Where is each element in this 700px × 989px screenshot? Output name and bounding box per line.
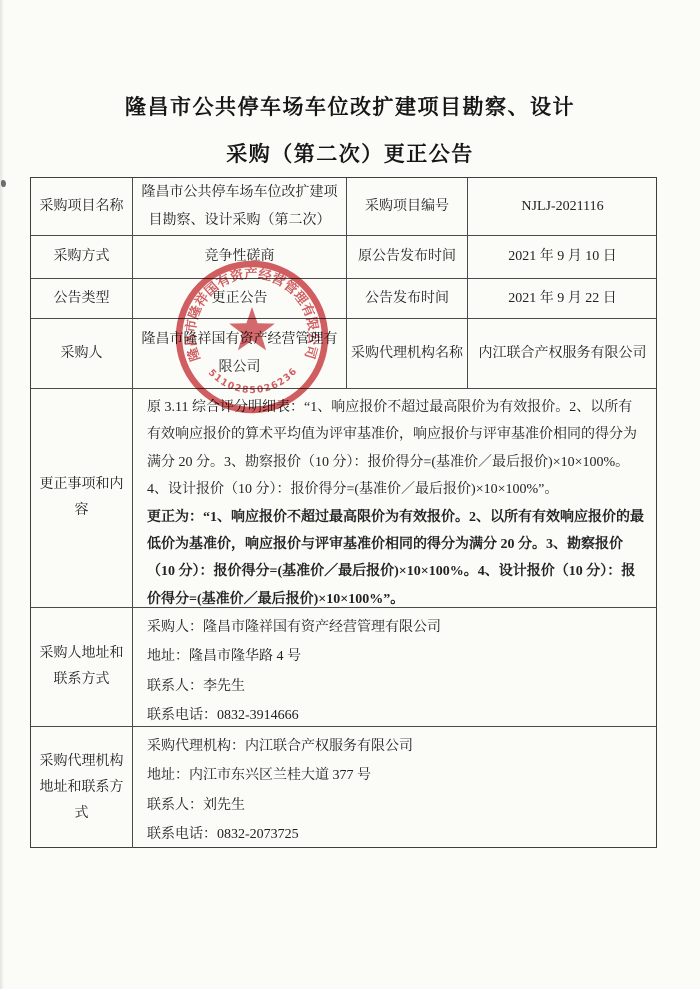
agency-contact-person-line: 联系人：刘先生: [147, 791, 245, 820]
agency-contact-address-line: 地址：内江市东兴区兰桂大道 377 号: [147, 761, 371, 790]
original-announcement-date-value: 2021 年 9 月 10 日: [468, 236, 657, 279]
purchaser-contact-person-line: 联系人：李先生: [147, 672, 245, 701]
announcement-type-label: 公告类型: [31, 279, 133, 319]
scanned-document-page: 隆昌市公共停车场车位改扩建项目勘察、设计 采购（第二次）更正公告 采购项目名称 …: [0, 0, 700, 989]
original-announcement-date-label: 原公告发布时间: [347, 236, 468, 279]
purchaser-contact-address-line: 地址：隆昌市隆华路 4 号: [147, 642, 301, 671]
agency-contact-label: 采购代理机构地址和联系方式: [31, 727, 133, 848]
announcement-type-value: 更正公告: [133, 279, 347, 319]
purchase-project-name-value: 隆昌市公共停车场车位改扩建项目勘察、设计采购（第二次）: [133, 178, 347, 236]
announcement-date-label: 公告发布时间: [347, 279, 468, 319]
agency-contact-phone-line: 联系电话：0832-2073725: [147, 820, 299, 849]
project-number-label: 采购项目编号: [347, 178, 468, 236]
correction-content-body: 原 3.11 综合评分明细表：“1、响应报价不超过最高限价为有效报价。2、以所有…: [133, 389, 657, 608]
document-title: 隆昌市公共停车场车位改扩建项目勘察、设计 采购（第二次）更正公告: [0, 84, 700, 178]
document-title-line1: 隆昌市公共停车场车位改扩建项目勘察、设计: [0, 84, 700, 131]
announcement-date-value: 2021 年 9 月 22 日: [468, 279, 657, 319]
project-number-value: NJLJ-2021116: [468, 178, 657, 236]
purchaser-contact-name-line: 采购人：隆昌市隆祥国有资产经营管理有限公司: [147, 613, 441, 642]
agency-contact-name-line: 采购代理机构：内江联合产权服务有限公司: [147, 732, 413, 761]
correction-corrected-paragraph: 更正为：“1、响应报价不超过最高限价为有效报价。2、以所有有效响应报价的最低价为…: [147, 504, 645, 614]
agency-name-value: 内江联合产权服务有限公司: [468, 319, 657, 389]
purchaser-contact-label: 采购人地址和联系方式: [31, 608, 133, 727]
scan-artifact-speck: [1, 180, 6, 187]
purchase-method-value: 竞争性磋商: [133, 236, 347, 279]
purchase-method-label: 采购方式: [31, 236, 133, 279]
purchase-project-name-label: 采购项目名称: [31, 178, 133, 236]
agency-contact-body: 采购代理机构：内江联合产权服务有限公司 地址：内江市东兴区兰桂大道 377 号 …: [133, 727, 657, 848]
purchaser-contact-body: 采购人：隆昌市隆祥国有资产经营管理有限公司 地址：隆昌市隆华路 4 号 联系人：…: [133, 608, 657, 727]
correction-original-paragraph: 原 3.11 综合评分明细表：“1、响应报价不超过最高限价为有效报价。2、以所有…: [147, 394, 645, 504]
correction-content-label: 更正事项和内容: [31, 389, 133, 608]
purchaser-value: 隆昌市隆祥国有资产经营管理有限公司: [133, 319, 347, 389]
document-title-line2: 采购（第二次）更正公告: [0, 131, 700, 178]
agency-name-label: 采购代理机构名称: [347, 319, 468, 389]
purchaser-label: 采购人: [31, 319, 133, 389]
announcement-table: 采购项目名称 隆昌市公共停车场车位改扩建项目勘察、设计采购（第二次） 采购项目编…: [30, 177, 657, 848]
